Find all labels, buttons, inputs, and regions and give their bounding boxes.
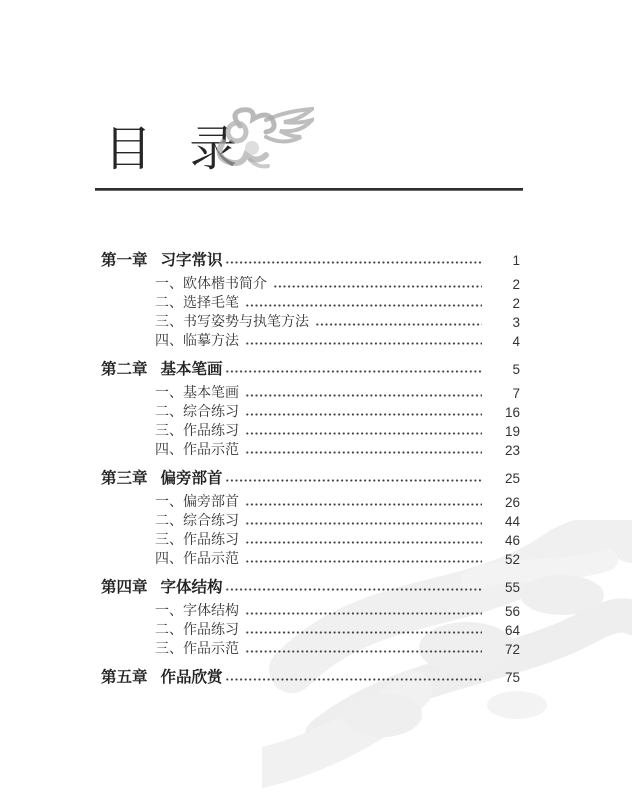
item-page-number: 19 [490, 422, 520, 441]
toc-chapter-row: 第二章 基本笔画 5 [101, 359, 520, 380]
toc-item-row: 三、 作品示范 72 [101, 640, 520, 659]
item-title: 综合练习 [183, 512, 239, 531]
toc-chapter-row: 第四章 字体结构 55 [101, 577, 520, 598]
item-title: 欧体楷书简介 [183, 275, 267, 294]
toc-item-row: 二、 综合练习 16 [101, 403, 520, 422]
dot-leader [245, 413, 482, 416]
item-page-number: 3 [490, 313, 520, 332]
toc-item-row: 一、 欧体楷书简介 2 [101, 275, 520, 294]
item-number: 一、 [155, 493, 183, 512]
chapter-number: 第四章 [101, 577, 148, 598]
cloud-flourish-icon [210, 106, 314, 174]
item-number: 三、 [155, 313, 183, 332]
item-number: 三、 [155, 531, 183, 550]
title-underline-rule [95, 188, 523, 191]
dot-leader [245, 304, 482, 307]
chapter-page-number: 55 [490, 577, 520, 598]
item-page-number: 16 [490, 403, 520, 422]
chapter-number: 第五章 [101, 667, 148, 688]
chapter-number: 第三章 [101, 468, 148, 489]
item-page-number: 64 [490, 621, 520, 640]
toc-item-row: 四、 作品示范 52 [101, 550, 520, 569]
dot-leader [245, 650, 482, 653]
item-number: 三、 [155, 422, 183, 441]
item-page-number: 44 [490, 512, 520, 531]
item-title: 作品练习 [183, 422, 239, 441]
item-page-number: 23 [490, 441, 520, 460]
item-number: 四、 [155, 550, 183, 569]
item-number: 三、 [155, 640, 183, 659]
item-page-number: 2 [490, 294, 520, 313]
item-page-number: 72 [490, 640, 520, 659]
item-number: 四、 [155, 332, 183, 351]
item-title: 作品示范 [183, 550, 239, 569]
toc-item-row: 一、 字体结构 56 [101, 602, 520, 621]
table-of-contents: 第一章 习字常识 1 一、 欧体楷书简介 2 二、 选择毛笔 2 三、 书写姿势… [101, 250, 520, 692]
chapter-title: 偏旁部首 [161, 468, 223, 489]
chapter-title: 习字常识 [161, 250, 223, 271]
item-number: 二、 [155, 294, 183, 313]
dot-leader [245, 451, 482, 454]
item-number: 一、 [155, 384, 183, 403]
dot-leader [245, 560, 482, 563]
item-title: 书写姿势与执笔方法 [183, 313, 309, 332]
item-title: 选择毛笔 [183, 294, 239, 313]
toc-item-row: 二、 综合练习 44 [101, 512, 520, 531]
item-title: 作品示范 [183, 441, 239, 460]
item-title: 临摹方法 [183, 332, 239, 351]
item-number: 二、 [155, 403, 183, 422]
toc-item-row: 三、 书写姿势与执笔方法 3 [101, 313, 520, 332]
item-page-number: 26 [490, 493, 520, 512]
dot-leader [245, 631, 482, 634]
dot-leader [315, 323, 482, 326]
item-page-number: 2 [490, 275, 520, 294]
dot-leader [225, 678, 482, 681]
item-title: 作品练习 [183, 531, 239, 550]
chapter-title: 字体结构 [161, 577, 223, 598]
toc-item-row: 三、 作品练习 46 [101, 531, 520, 550]
toc-chapter-row: 第三章 偏旁部首 25 [101, 468, 520, 489]
dot-leader [225, 261, 482, 264]
item-page-number: 52 [490, 550, 520, 569]
dot-leader [245, 612, 482, 615]
item-number: 四、 [155, 441, 183, 460]
toc-item-row: 四、 作品示范 23 [101, 441, 520, 460]
dot-leader [245, 522, 482, 525]
chapter-page-number: 5 [490, 359, 520, 380]
chapter-page-number: 1 [490, 250, 520, 271]
toc-item-row: 二、 作品练习 64 [101, 621, 520, 640]
toc-item-row: 一、 偏旁部首 26 [101, 493, 520, 512]
chapter-number: 第一章 [101, 250, 148, 271]
item-title: 偏旁部首 [183, 493, 239, 512]
item-page-number: 4 [490, 332, 520, 351]
toc-item-row: 四、 临摹方法 4 [101, 332, 520, 351]
toc-item-row: 三、 作品练习 19 [101, 422, 520, 441]
toc-item-row: 一、 基本笔画 7 [101, 384, 520, 403]
item-page-number: 56 [490, 602, 520, 621]
item-page-number: 7 [490, 384, 520, 403]
item-title: 基本笔画 [183, 384, 239, 403]
dot-leader [225, 588, 482, 591]
item-page-number: 46 [490, 531, 520, 550]
item-title: 字体结构 [183, 602, 239, 621]
dot-leader [245, 541, 482, 544]
item-title: 综合练习 [183, 403, 239, 422]
dot-leader [245, 394, 482, 397]
toc-item-row: 二、 选择毛笔 2 [101, 294, 520, 313]
dot-leader [245, 503, 482, 506]
dot-leader [245, 432, 482, 435]
item-number: 一、 [155, 275, 183, 294]
chapter-number: 第二章 [101, 359, 148, 380]
item-number: 一、 [155, 602, 183, 621]
item-title: 作品示范 [183, 640, 239, 659]
dot-leader [245, 342, 482, 345]
chapter-title: 作品欣赏 [161, 667, 223, 688]
chapter-title: 基本笔画 [161, 359, 223, 380]
dot-leader [225, 370, 482, 373]
dot-leader [273, 285, 482, 288]
toc-chapter-row: 第一章 习字常识 1 [101, 250, 520, 271]
chapter-page-number: 75 [490, 667, 520, 688]
chapter-page-number: 25 [490, 468, 520, 489]
item-number: 二、 [155, 512, 183, 531]
item-title: 作品练习 [183, 621, 239, 640]
dot-leader [225, 479, 482, 482]
toc-chapter-row: 第五章 作品欣赏 75 [101, 667, 520, 688]
book-toc-page: 目 录 第一章 习字常识 1 一、 欧体楷书简介 2 二、 选择毛笔 [0, 0, 632, 800]
item-number: 二、 [155, 621, 183, 640]
